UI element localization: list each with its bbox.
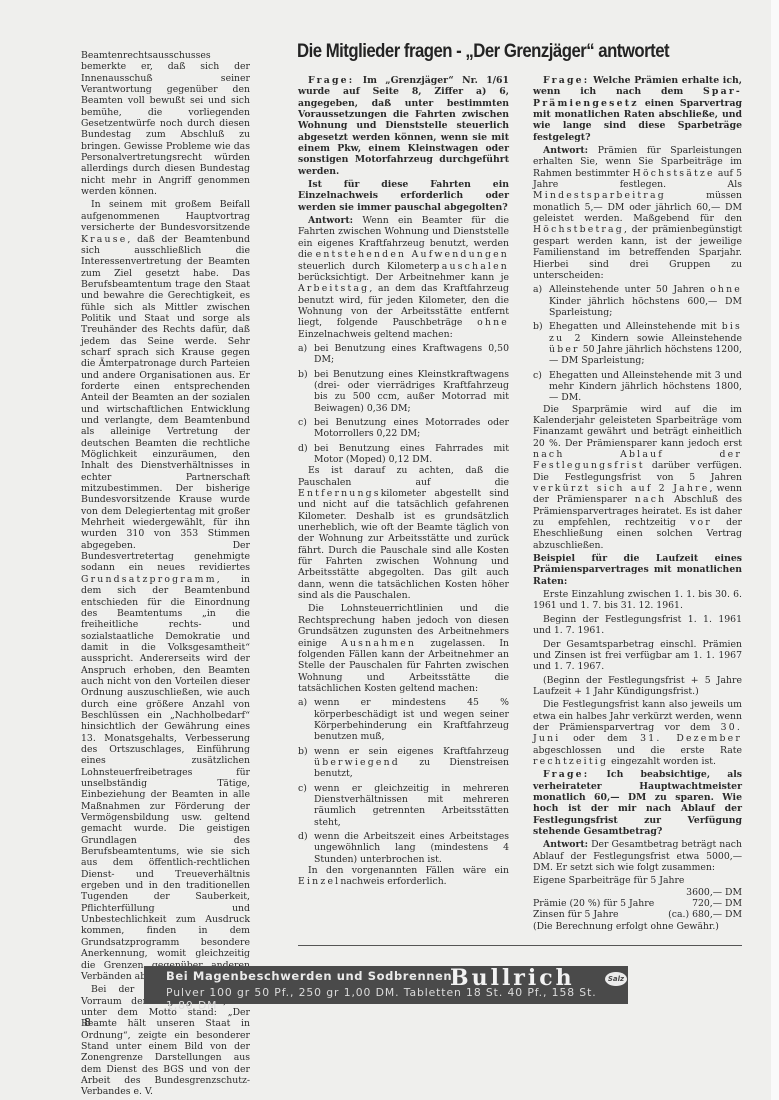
list-text: wenn er gleichzeitig in mehreren Dienstv…	[314, 783, 509, 828]
groups-list: a)Alleinstehende unter 50 Jahren ohne Ki…	[533, 284, 742, 403]
list-text: bei Benutzung eines Fahrrades mit Motor …	[314, 443, 509, 465]
qa-column-savings: Frage: Welche Prämien erhalte ich, wenn …	[533, 75, 742, 932]
list-text: bei Benutzung eines Kleinstkraftwagens (…	[314, 369, 509, 414]
answer: Antwort: Prämien für Sparleistungen erha…	[533, 145, 742, 281]
calc-row: 3600,— DM	[533, 887, 742, 898]
paragraph: Beamtenrechtsausschusses bemerkte er, da…	[81, 50, 250, 197]
list-item: c)bei Benutzung eines Motorrades oder Mo…	[298, 417, 509, 440]
question: Frage: Im „Grenzjäger“ Nr. 1/61 wurde au…	[298, 75, 509, 177]
list-item: b)wenn er sein eigenes Kraftfahrzeug übe…	[298, 746, 509, 780]
list-marker: b)	[298, 369, 308, 380]
example-heading: Beispiel für die Laufzeit eines Prämiens…	[533, 553, 742, 587]
list-text: wenn er mindestens 45 % körperbeschädigt…	[314, 697, 509, 742]
exceptions-list: a)wenn er mindestens 45 % körperbeschädi…	[298, 697, 509, 865]
text: In seinem mit großem Beifall aufgenommen…	[81, 199, 250, 233]
spaced-term: Höchstbetrag	[533, 224, 624, 235]
text: Die Festlegungsfrist kann also jeweils u…	[533, 699, 742, 733]
paragraph: Es ist darauf zu achten, daß die Pauscha…	[298, 465, 509, 601]
spaced-term: Mindestsparbeitrag	[533, 190, 666, 201]
list-marker: c)	[533, 370, 542, 381]
spaced-term: über	[549, 344, 580, 355]
spaced-term: 31. Dezember	[640, 733, 742, 744]
paragraph: Die Sparprämie wird auf die im Kalenderj…	[533, 404, 742, 551]
spaced-term: Grundsatzprogramm	[81, 574, 217, 585]
text: , daß der Beamtenbund sich ausschließlic…	[81, 234, 250, 574]
text: Es ist darauf zu achten, daß die Pauscha…	[298, 465, 509, 487]
calc-label: Prämie (20 %) für 5 Jahre	[533, 898, 654, 909]
list-item: d)wenn die Arbeitszeit eines Arbeitstage…	[298, 831, 509, 865]
example-line: Beginn der Festlegungsfrist 1. 1. 1961 u…	[533, 614, 742, 637]
paragraph: In seinem mit großem Beifall aufgenommen…	[81, 199, 250, 982]
question: Frage: Ich beabsichtige, als verheiratet…	[533, 769, 742, 837]
list-marker: c)	[298, 417, 307, 428]
example-line: Der Gesamtsparbetrag einschl. Prämien un…	[533, 639, 742, 673]
question-label: Frage:	[543, 75, 589, 86]
brand-logo-icon: Salz	[605, 972, 627, 986]
answer-label: Antwort:	[308, 215, 353, 226]
question-label: Frage:	[543, 769, 589, 780]
list-text: Ehegatten und Alleinstehende mit	[549, 321, 722, 332]
ad-brand: Bullrich	[450, 965, 575, 991]
paragraph: Die Festlegungsfrist kann also jeweils u…	[533, 699, 742, 767]
list-item: b)bei Benutzung eines Kleinstkraftwagens…	[298, 369, 509, 414]
list-item: a)wenn er mindestens 45 % körperbeschädi…	[298, 697, 509, 742]
text: abgeschlossen und die erste Rate	[533, 745, 742, 756]
text: Die Sparprämie wird auf die im Kalenderj…	[533, 404, 742, 449]
answer-label: Antwort:	[543, 839, 588, 850]
text: kilometer abgestellt sind und nicht auf …	[298, 488, 509, 601]
paragraph: In den vorgenannten Fällen wäre ein Einz…	[298, 865, 509, 888]
list-marker: a)	[298, 343, 307, 354]
text: In den vorgenannten Fällen wäre ein	[308, 865, 509, 876]
spaced-term: nach	[635, 494, 667, 505]
list-text: Ehegatten und Alleinstehende mit 3 und m…	[549, 370, 742, 404]
example-line: Erste Einzahlung zwischen 1. 1. bis 30. …	[533, 589, 742, 612]
list-text: Alleinstehende unter 50 Jahren	[549, 284, 710, 295]
text: nachweis erforderlich.	[340, 876, 446, 887]
calc-row: Zinsen für 5 Jahre(ca.) 680,— DM	[533, 909, 742, 920]
page-headline: Die Mitglieder fragen - „Der Grenzjäger“…	[297, 40, 683, 63]
calc-label: Zinsen für 5 Jahre	[533, 909, 619, 920]
question-followup: Ist für diese Fahrten ein Einzelnachweis…	[298, 179, 509, 213]
advertisement-banner: Bei Magenbeschwerden und Sodbrennen Pulv…	[144, 966, 628, 1004]
spaced-term: rechtzeitig	[533, 756, 608, 767]
list-item: b)Ehegatten und Alleinstehende mit bis z…	[533, 321, 742, 366]
spaced-term: entstehenden Aufwendungen	[316, 249, 509, 260]
spaced-term: verkürzt sich auf 2 Jahre	[533, 483, 709, 494]
list-item: a)Alleinstehende unter 50 Jahren ohne Ki…	[533, 284, 742, 318]
question-text: Im „Grenzjäger“ Nr. 1/61 wurde auf Seite…	[298, 75, 509, 177]
spaced-name: Krause	[81, 234, 127, 245]
qa-column-tax: Frage: Im „Grenzjäger“ Nr. 1/61 wurde au…	[298, 75, 509, 888]
text: eingezahlt worden ist.	[608, 756, 716, 767]
magazine-page: Beamtenrechtsausschusses bemerkte er, da…	[0, 0, 779, 1100]
list-marker: d)	[298, 831, 308, 842]
section-divider	[298, 945, 742, 946]
list-marker: b)	[533, 321, 543, 332]
spaced-term: Einzel	[298, 876, 340, 887]
spaced-term: Arbeitstag	[298, 283, 369, 294]
calc-note: (Die Berechnung erfolgt ohne Gewähr.)	[533, 921, 742, 932]
list-text: Kinder jährlich höchstens 600,— DM Sparl…	[549, 296, 742, 318]
calc-value: 3600,— DM	[686, 887, 742, 898]
answer-label: Antwort:	[543, 145, 588, 156]
text: Bei der	[91, 984, 147, 995]
question-label: Frage:	[308, 75, 354, 86]
spaced-term: ohne	[710, 284, 742, 295]
list-text: Kindern sowie Alleinstehende	[583, 333, 742, 344]
text: oder dem	[560, 733, 640, 744]
text: Einzelnachweis geltend machen:	[298, 329, 453, 340]
list-item: d)bei Benutzung eines Fahrrades mit Moto…	[298, 443, 509, 466]
spaced-term: überwiegend	[314, 757, 400, 768]
text: berücksichtigt. Der Arbeitnehmer kann je	[298, 272, 509, 283]
page-number: 8	[84, 1016, 91, 1029]
list-item: a)bei Benutzung eines Kraftwagens 0,50 D…	[298, 343, 509, 366]
list-text: bei Benutzung eines Kraftwagens 0,50 DM;	[314, 343, 509, 365]
spaced-term: vor	[690, 517, 712, 528]
calc-row-label: Eigene Sparbeiträge für 5 Jahre	[533, 875, 742, 886]
list-item: c)wenn er gleichzeitig in mehreren Diens…	[298, 783, 509, 828]
ad-headline: Bei Magenbeschwerden und Sodbrennen	[166, 969, 452, 983]
rates-list: a)bei Benutzung eines Kraftwagens 0,50 D…	[298, 343, 509, 465]
list-item: c)Ehegatten und Alleinstehende mit 3 und…	[533, 370, 742, 404]
answer: Antwort: Der Gesamtbetrag beträgt nach A…	[533, 839, 742, 873]
page-edge	[771, 0, 779, 1100]
list-text: wenn er sein eigenes Kraftfahrzeug	[314, 746, 509, 757]
text: steuerlich durch Kilometer	[298, 261, 434, 272]
list-text: wenn die Arbeitszeit eines Arbeitstages …	[314, 831, 509, 865]
example-line: (Beginn der Festlegungsfrist + 5 Jahre L…	[533, 675, 742, 698]
list-marker: d)	[298, 443, 308, 454]
list-marker: a)	[533, 284, 542, 295]
spaced-term: Entfernungs	[298, 488, 381, 499]
spaced-term: Ausnahmen	[341, 638, 416, 649]
question: Frage: Welche Prämien erhalte ich, wenn …	[533, 75, 742, 143]
spaced-term: pauschalen	[434, 261, 509, 272]
list-marker: a)	[298, 697, 307, 708]
list-marker: b)	[298, 746, 308, 757]
calculation-table: Eigene Sparbeiträge für 5 Jahre 3600,— D…	[533, 875, 742, 932]
calc-row: Prämie (20 %) für 5 Jahre720,— DM	[533, 898, 742, 909]
list-text: bei Benutzung eines Motorrades oder Moto…	[314, 417, 509, 439]
article-continuation-column: Beamtenrechtsausschusses bemerkte er, da…	[81, 50, 250, 1098]
calc-value: 720,— DM	[692, 898, 742, 909]
text: , in dem sich der Beamtenbund entschiede…	[81, 574, 250, 982]
paragraph: Die Lohnsteuerrichtlinien und die Rechts…	[298, 603, 509, 694]
spaced-term: ohne	[477, 317, 509, 328]
calc-value: (ca.) 680,— DM	[668, 909, 742, 920]
spaced-term: Höchstsätze	[633, 168, 715, 179]
answer: Antwort: Wenn ein Beamter für die Fahrte…	[298, 215, 509, 340]
list-marker: c)	[298, 783, 307, 794]
